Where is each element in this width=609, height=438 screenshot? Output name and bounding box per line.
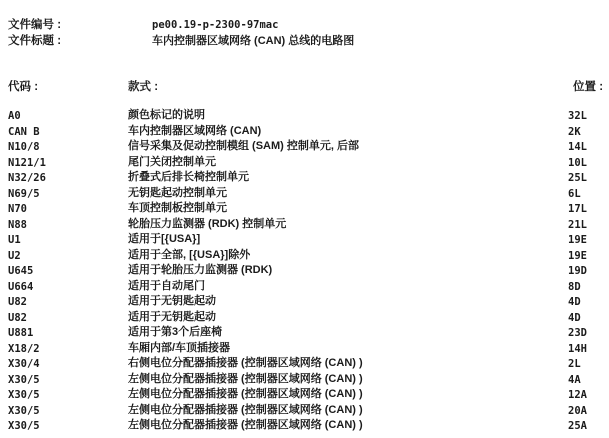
component-code: CAN B: [8, 125, 40, 140]
table-row: N88 轮胎压力监测器 (RDK) 控制单元 21L: [0, 217, 609, 233]
component-location: 2L: [568, 357, 581, 372]
component-code: N70: [8, 202, 27, 217]
component-code: N32/26: [8, 171, 46, 186]
component-description: 适用于无钥匙起动: [128, 310, 216, 325]
file-title-value: 车内控制器区域网络 (CAN) 总线的电路图: [152, 34, 354, 49]
component-description: 车顶控制板控制单元: [128, 201, 227, 216]
component-location: 20A: [568, 404, 587, 419]
code-column-header: 代码 :: [8, 80, 38, 95]
component-location: 23D: [568, 326, 587, 341]
component-location: 8D: [568, 280, 581, 295]
component-description: 适用于自动尾门: [128, 279, 205, 294]
component-description: 信号采集及促动控制模组 (SAM) 控制单元, 后部: [128, 139, 359, 154]
table-row: X30/5 左侧电位分配器插接器 (控制器区域网络 (CAN) ) 4A: [0, 372, 609, 388]
component-location: 21L: [568, 218, 587, 233]
component-description: 颜色标记的说明: [128, 108, 205, 123]
table-row: U1 适用于[{USA}] 19E: [0, 232, 609, 248]
component-description: 折叠式后排长椅控制单元: [128, 170, 249, 185]
component-location: 17L: [568, 202, 587, 217]
component-description: 适用于无钥匙起动: [128, 294, 216, 309]
location-column-header: 位置 :: [573, 80, 603, 95]
component-code: N121/1: [8, 156, 46, 171]
table-row: U664 适用于自动尾门 8D: [0, 279, 609, 295]
component-code: N88: [8, 218, 27, 233]
table-row: U82 适用于无钥匙起动 4D: [0, 294, 609, 310]
table-row: N121/1 尾门关闭控制单元 10L: [0, 155, 609, 171]
component-code: U2: [8, 249, 21, 264]
component-description: 轮胎压力监测器 (RDK) 控制单元: [128, 217, 286, 232]
table-row: X30/5 左侧电位分配器插接器 (控制器区域网络 (CAN) ) 12A: [0, 387, 609, 403]
component-description: 适用于[{USA}]: [128, 232, 200, 247]
component-description: 尾门关闭控制单元: [128, 155, 216, 170]
component-location: 25A: [568, 419, 587, 434]
table-row: X30/5 左侧电位分配器插接器 (控制器区域网络 (CAN) ) 25A: [0, 418, 609, 434]
component-code: U82: [8, 311, 27, 326]
component-description: 适用于轮胎压力监测器 (RDK): [128, 263, 272, 278]
component-location: 19E: [568, 233, 587, 248]
component-description: 右侧电位分配器插接器 (控制器区域网络 (CAN) ): [128, 356, 363, 371]
component-location: 4D: [568, 295, 581, 310]
table-row: U645 适用于轮胎压力监测器 (RDK) 19D: [0, 263, 609, 279]
component-description: 车内控制器区域网络 (CAN): [128, 124, 261, 139]
component-code: A0: [8, 109, 21, 124]
table-row: N32/26 折叠式后排长椅控制单元 25L: [0, 170, 609, 186]
table-row: N10/8 信号采集及促动控制模组 (SAM) 控制单元, 后部 14L: [0, 139, 609, 155]
component-code: X30/4: [8, 357, 40, 372]
component-location: 10L: [568, 156, 587, 171]
component-code: X30/5: [8, 373, 40, 388]
component-code: X30/5: [8, 419, 40, 434]
component-description: 车厢内部/车顶插接器: [128, 341, 230, 356]
table-row: N70 车顶控制板控制单元 17L: [0, 201, 609, 217]
component-code: U881: [8, 326, 33, 341]
component-code: X30/5: [8, 388, 40, 403]
component-description: 适用于全部, [{USA}]除外: [128, 248, 250, 263]
component-description: 左侧电位分配器插接器 (控制器区域网络 (CAN) ): [128, 387, 363, 402]
component-code: U1: [8, 233, 21, 248]
table-row: X18/2 车厢内部/车顶插接器 14H: [0, 341, 609, 357]
file-number-label: 文件编号 :: [8, 18, 61, 33]
table-row: X30/5 左侧电位分配器插接器 (控制器区域网络 (CAN) ) 20A: [0, 403, 609, 419]
table-row: A0 颜色标记的说明 32L: [0, 108, 609, 124]
component-location: 12A: [568, 388, 587, 403]
component-code: N10/8: [8, 140, 40, 155]
table-row: X30/4 右侧电位分配器插接器 (控制器区域网络 (CAN) ) 2L: [0, 356, 609, 372]
component-description: 无钥匙起动控制单元: [128, 186, 227, 201]
component-location: 4D: [568, 311, 581, 326]
component-location: 4A: [568, 373, 581, 388]
component-location: 2K: [568, 125, 581, 140]
component-description: 左侧电位分配器插接器 (控制器区域网络 (CAN) ): [128, 403, 363, 418]
component-description: 适用于第3个后座椅: [128, 325, 222, 340]
component-location: 32L: [568, 109, 587, 124]
component-description: 左侧电位分配器插接器 (控制器区域网络 (CAN) ): [128, 372, 363, 387]
component-location: 19D: [568, 264, 587, 279]
component-location: 14H: [568, 342, 587, 357]
component-description: 左侧电位分配器插接器 (控制器区域网络 (CAN) ): [128, 418, 363, 433]
document-page: 文件编号 : pe00.19-p-2300-97mac 文件标题 : 车内控制器…: [0, 0, 609, 438]
model-column-header: 款式 :: [128, 80, 158, 95]
file-number-value: pe00.19-p-2300-97mac: [152, 18, 278, 33]
legend-table: A0 颜色标记的说明 32L CAN B 车内控制器区域网络 (CAN) 2K …: [0, 108, 609, 434]
component-code: X30/5: [8, 404, 40, 419]
table-row: N69/5 无钥匙起动控制单元 6L: [0, 186, 609, 202]
component-code: X18/2: [8, 342, 40, 357]
table-row: CAN B 车内控制器区域网络 (CAN) 2K: [0, 124, 609, 140]
component-location: 25L: [568, 171, 587, 186]
table-row: U881 适用于第3个后座椅 23D: [0, 325, 609, 341]
file-title-label: 文件标题 :: [8, 34, 61, 49]
table-row: U2 适用于全部, [{USA}]除外 19E: [0, 248, 609, 264]
component-location: 19E: [568, 249, 587, 264]
component-location: 14L: [568, 140, 587, 155]
component-code: U664: [8, 280, 33, 295]
table-row: U82 适用于无钥匙起动 4D: [0, 310, 609, 326]
component-code: N69/5: [8, 187, 40, 202]
component-location: 6L: [568, 187, 581, 202]
component-code: U645: [8, 264, 33, 279]
component-code: U82: [8, 295, 27, 310]
